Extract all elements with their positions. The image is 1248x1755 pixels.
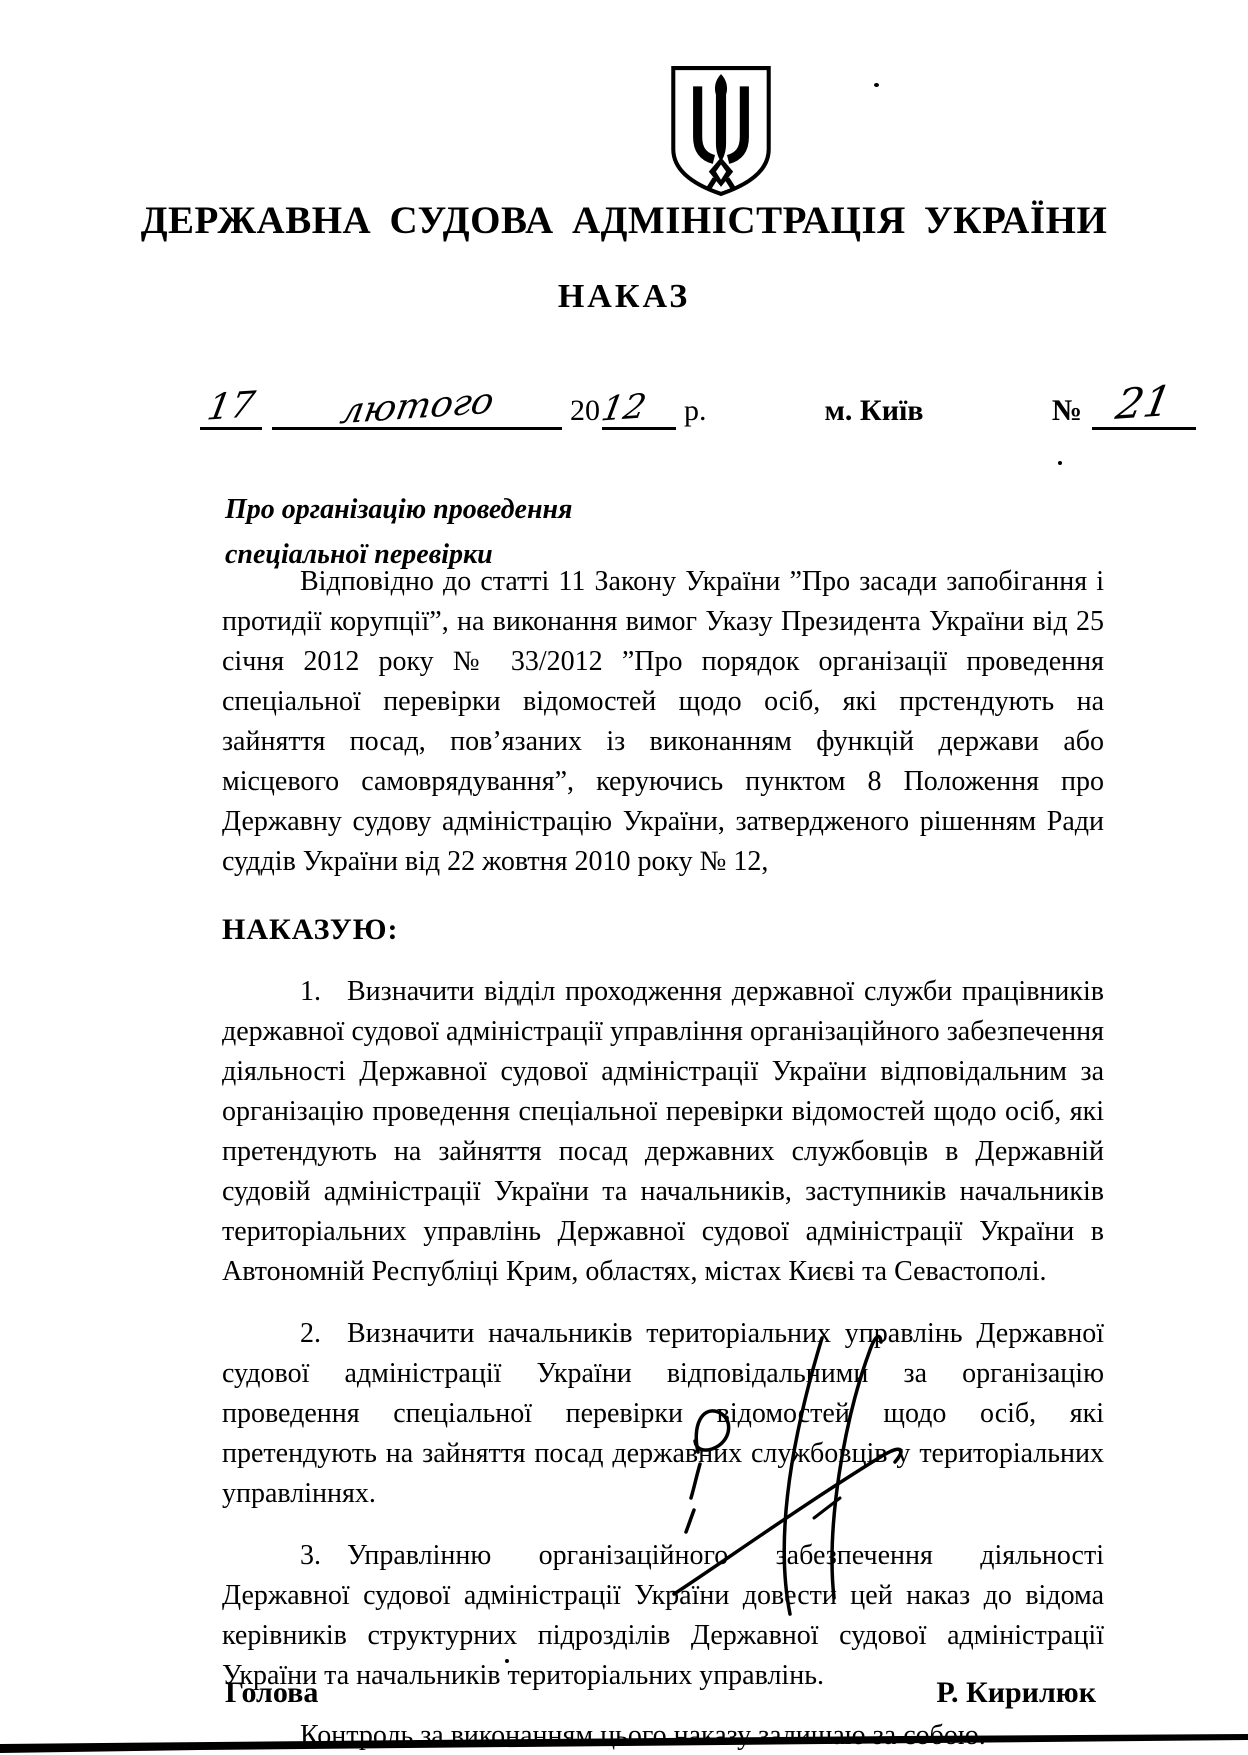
city-label: м. Київ [825,394,924,430]
order-number-field: 21 [1092,380,1196,430]
item-text: Визначити начальників територіальних упр… [222,1318,1104,1509]
item-number: 2. [300,1318,321,1349]
item-number: 1. [300,976,321,1007]
document-type-heading: НАКАЗ [0,278,1248,316]
scan-bottom-edge [0,1733,1248,1755]
scanned-order-document: ДЕРЖАВНА СУДОВА АДМІНІСТРАЦІЯ УКРАЇНИ НА… [0,0,1248,1755]
order-item-3: 3.Управлінню організаційного забезпеченн… [222,1536,1104,1696]
organization-name: ДЕРЖАВНА СУДОВА АДМІНІСТРАЦІЯ УКРАЇНИ [0,198,1248,243]
item-number: 3. [300,1540,321,1571]
date-year-field: 12 [602,390,676,430]
number-sign: № [1052,394,1082,430]
signer-name: Р. Кирилюк [936,1676,1096,1710]
year-label: р. [684,394,707,430]
subject-line-1: Про організацію проведення [225,487,572,532]
year-prefix: 20 [570,394,600,430]
scan-speck [505,1659,509,1663]
handwritten-number: 21 [1113,378,1176,428]
order-item-2: 2.Визначити начальників територіальних у… [222,1314,1104,1514]
item-text: Управлінню організаційного забезпечення … [222,1540,1104,1691]
date-month-field: лютого [272,387,562,430]
document-body: Відповідно до статті 11 Закону України ”… [222,562,1104,1755]
handwritten-month: лютого [337,382,497,432]
signoff-row: Голова Р. Кирилюк [225,1676,1096,1710]
dateline: 17 лютого 20 12 р. м. Київ № 21 [200,366,1196,430]
order-item-1: 1.Визначити відділ проходження державної… [222,972,1104,1292]
preamble-paragraph: Відповідно до статті 11 Закону України ”… [222,562,1104,882]
handwritten-day: 17 [204,386,258,429]
scan-speck [874,83,879,87]
handwritten-year: 12 [598,388,649,428]
order-number-group: № 21 [1052,380,1196,430]
item-text: Визначити відділ проходження державної с… [222,976,1104,1287]
scan-speck [1058,461,1062,465]
signer-title: Голова [225,1676,318,1710]
date-day-field: 17 [200,387,262,430]
order-word: НАКАЗУЮ: [222,910,1104,950]
ukraine-trident-emblem-icon [664,64,778,198]
